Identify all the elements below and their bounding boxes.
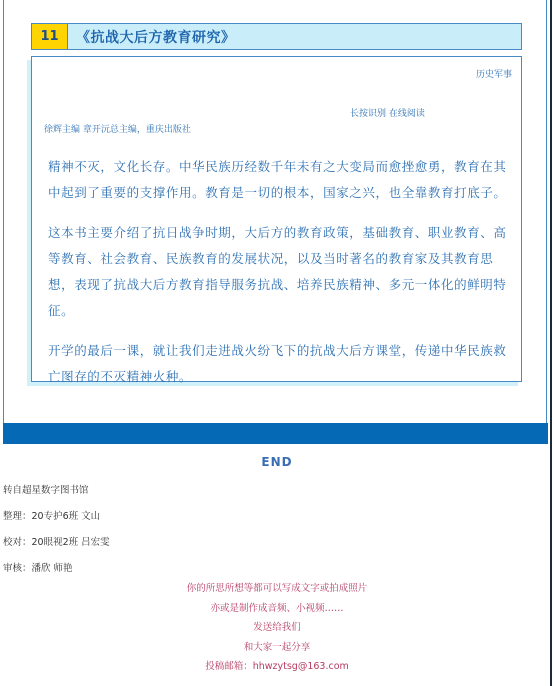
credits: 转自超星数字图书馆 整理：20专护6班 文山 校对：20眼视2班 吕宏雯 审核：… — [3, 484, 110, 588]
credit-proofreader: 校对：20眼视2班 吕宏雯 — [3, 536, 110, 562]
credit-editor: 整理：20专护6班 文山 — [3, 510, 110, 536]
book-number-badge: 11 — [32, 24, 68, 49]
contribute-notice: 你的所思所想等都可以写成文字或拍成照片 亦或是制作成音频、小视频…… 发送给我们… — [0, 582, 554, 680]
book-title-bar: 11 《抗战大后方教育研究》 — [31, 23, 522, 50]
article-page: 11 《抗战大后方教育研究》 历史军事 长按识别 在线阅读 徐辉主编 章开沅总主… — [0, 0, 554, 686]
book-card: 历史军事 长按识别 在线阅读 徐辉主编 章开沅总主编，重庆出版社 精神不灭，文化… — [31, 56, 522, 382]
description-paragraph: 这本书主要介绍了抗日战争时期，大后方的教育政策，基础教育、职业教育、高等教育、社… — [48, 220, 508, 324]
credit-source: 转自超星数字图书馆 — [3, 484, 110, 510]
description-paragraph: 精神不灭，文化长存。中华民族历经数千年未有之大变局而愈挫愈勇，教育在其中起到了重… — [48, 154, 508, 206]
book-title: 《抗战大后方教育研究》 — [68, 27, 236, 47]
contribute-email[interactable]: 投稿邮箱：hhwzytsg@163.com — [0, 660, 554, 680]
contribute-line: 你的所思所想等都可以写成文字或拍成照片 — [0, 582, 554, 602]
contribute-line: 亦或是制作成音频、小视频…… — [0, 602, 554, 622]
book-description: 精神不灭，文化长存。中华民族历经数千年未有之大变局而愈挫愈勇，教育在其中起到了重… — [48, 154, 508, 404]
footer-bar — [3, 423, 548, 444]
book-category: 历史军事 — [476, 67, 512, 80]
end-label: END — [0, 455, 554, 469]
contribute-line: 和大家一起分享 — [0, 641, 554, 661]
read-online-link[interactable]: 长按识别 在线阅读 — [350, 106, 425, 119]
book-authors: 徐辉主编 章开沅总主编，重庆出版社 — [44, 122, 191, 135]
description-paragraph: 开学的最后一课，就让我们走进战火纷飞下的抗战大后方课堂，传递中华民族救亡图存的不… — [48, 338, 508, 390]
contribute-line: 发送给我们 — [0, 621, 554, 641]
